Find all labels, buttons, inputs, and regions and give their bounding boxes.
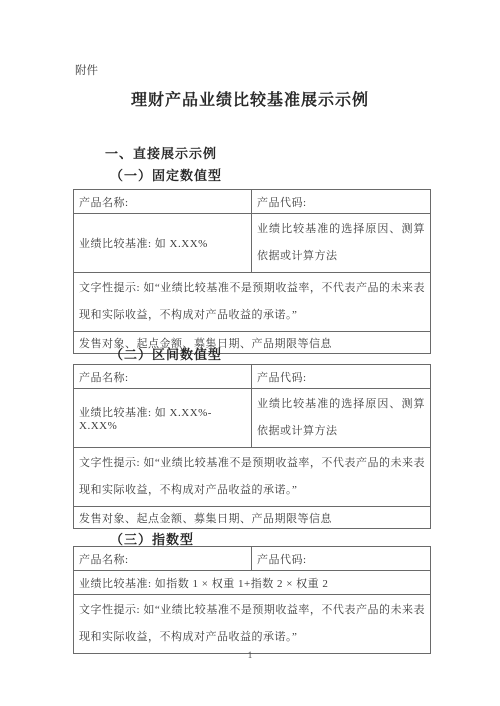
product-name-cell: 产品名称: <box>74 365 252 389</box>
table-row: 业绩比较基准: 如指数 1 × 权重 1+指数 2 × 权重 2 <box>74 571 431 595</box>
table-range-value: 产品名称: 产品代码: 业绩比较基准: 如 X.XX%-X.XX% 业绩比较基准… <box>73 364 431 529</box>
benchmark-reason-cell: 业绩比较基准的选择原因、测算依据或计算方法 <box>252 389 431 448</box>
document-page: 附件 理财产品业绩比较基准展示示例 一、直接展示示例 （一）固定数值型 产品名称… <box>0 0 500 706</box>
table-row: 文字性提示: 如“业绩比较基准不是预期收益率，不代表产品的未来表现和实际收益，不… <box>74 448 431 507</box>
table-row: 产品名称: 产品代码: <box>74 547 431 571</box>
sale-info-cell: 发售对象、起点金额、募集日期、产品期限等信息 <box>74 507 431 529</box>
subsection-heading-range-value: （二）区间数值型 <box>110 344 222 363</box>
section-heading-direct-display: 一、直接展示示例 <box>105 143 217 162</box>
table-fixed-value: 产品名称: 产品代码: 业绩比较基准: 如 X.XX% 业绩比较基准的选择原因、… <box>73 189 431 354</box>
text-tip-cell: 文字性提示: 如“业绩比较基准不是预期收益率，不代表产品的未来表现和实际收益，不… <box>74 595 431 654</box>
table-row: 业绩比较基准: 如 X.XX% 业绩比较基准的选择原因、测算依据或计算方法 <box>74 214 431 273</box>
table-row: 产品名称: 产品代码: <box>74 365 431 389</box>
benchmark-reason-cell: 业绩比较基准的选择原因、测算依据或计算方法 <box>252 214 431 273</box>
table-row: 文字性提示: 如“业绩比较基准不是预期收益率，不代表产品的未来表现和实际收益，不… <box>74 595 431 654</box>
text-tip-cell: 文字性提示: 如“业绩比较基准不是预期收益率，不代表产品的未来表现和实际收益，不… <box>74 273 431 332</box>
product-code-cell: 产品代码: <box>252 190 431 214</box>
subsection-heading-fixed-value: （一）固定数值型 <box>110 165 222 184</box>
table-row: 业绩比较基准: 如 X.XX%-X.XX% 业绩比较基准的选择原因、测算依据或计… <box>74 389 431 448</box>
benchmark-cell: 业绩比较基准: 如 X.XX% <box>74 214 252 273</box>
attachment-label: 附件 <box>75 62 98 78</box>
table-row: 文字性提示: 如“业绩比较基准不是预期收益率，不代表产品的未来表现和实际收益，不… <box>74 273 431 332</box>
page-number: 1 <box>0 650 500 660</box>
product-name-cell: 产品名称: <box>74 190 252 214</box>
table-row: 产品名称: 产品代码: <box>74 190 431 214</box>
table-row: 发售对象、起点金额、募集日期、产品期限等信息 <box>74 507 431 529</box>
document-title: 理财产品业绩比较基准展示示例 <box>0 87 500 110</box>
product-code-cell: 产品代码: <box>252 547 431 571</box>
product-name-cell: 产品名称: <box>74 547 252 571</box>
table-index-type: 产品名称: 产品代码: 业绩比较基准: 如指数 1 × 权重 1+指数 2 × … <box>73 546 431 654</box>
product-code-cell: 产品代码: <box>252 365 431 389</box>
benchmark-cell: 业绩比较基准: 如 X.XX%-X.XX% <box>74 389 252 448</box>
benchmark-cell: 业绩比较基准: 如指数 1 × 权重 1+指数 2 × 权重 2 <box>74 571 431 595</box>
text-tip-cell: 文字性提示: 如“业绩比较基准不是预期收益率，不代表产品的未来表现和实际收益，不… <box>74 448 431 507</box>
